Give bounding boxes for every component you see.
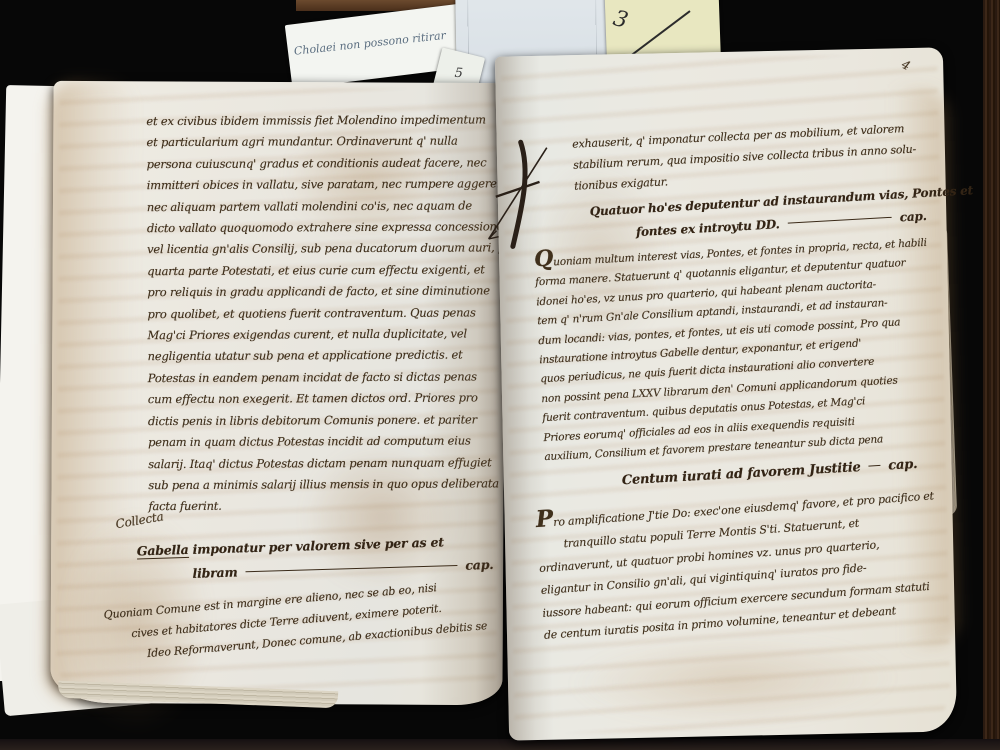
- text-line: Ideo Reformaverunt, Donec comune, ab exa…: [146, 614, 505, 664]
- heading-line: Centum iurati ad favorem Justitie cap.: [621, 457, 917, 488]
- stain-bottom: [567, 632, 899, 729]
- wood-table-right-strip: [983, 0, 1000, 750]
- left-page-paragraph-1: et ex civibus ibidem immissis fiet Molen…: [146, 109, 500, 518]
- ink-mark-numeral: 3: [610, 6, 630, 34]
- chapter-cap-label: cap.: [899, 205, 927, 229]
- text-line: salarij. Itaq' dictus Potestas dictam pe…: [148, 452, 500, 475]
- manuscript-page-left: et ex civibus ibidem immissis fiet Molen…: [50, 81, 505, 705]
- rule-line: [245, 565, 457, 572]
- wood-table-bottom-strip: [0, 739, 1000, 750]
- heading-line-1: Gabella imponatur per valorem sive per a…: [137, 529, 494, 564]
- text-line: penam in quam dictus Potestas incidit ad…: [148, 430, 500, 453]
- right-page-paragraph-2: Quoniam multum interest vias, Pontes, et…: [534, 231, 949, 467]
- text-line: Mag'ci Priores exigendas curent, et null…: [147, 323, 499, 346]
- text-line: Quoniam Comune est in margine ere alieno…: [103, 572, 501, 626]
- text-line: quarta parte Potestati, et eius curie cu…: [147, 259, 499, 282]
- text-line: dicto vallato quoquomodo extrahere sine …: [147, 216, 499, 239]
- margin-cross-mark-icon: [481, 133, 561, 255]
- manuscript-photo: Cholaei non possono ritirar 3 5 et ex ci…: [0, 0, 1000, 750]
- water-stain-left-margin: [44, 81, 137, 703]
- text-line: pro reliquis in gradu applicandi de fact…: [147, 281, 499, 304]
- heading-word-libram: libram: [192, 561, 238, 586]
- margin-note-collecta: Collecta: [114, 509, 164, 531]
- text-line: Potestas in eandem penam incidat de fact…: [148, 366, 500, 389]
- text-line: dictis penis in libris debitorum Comunis…: [148, 409, 500, 432]
- text-line: cum effectu non exegerit. Et tamen dicto…: [148, 388, 500, 411]
- pencil-note-text: Cholaei non possono ritirar: [293, 27, 463, 58]
- right-page-paragraph-3: Pro amplificatione J'tie Do: exec'one ei…: [535, 483, 955, 647]
- text-line: sub pena a minimis salarij illius mensis…: [148, 473, 500, 496]
- folio-number: 4: [899, 57, 912, 73]
- text-line: et particularium agri mundantur. Ordinav…: [146, 131, 498, 154]
- heading-underlined-word: Gabella: [137, 542, 189, 560]
- text-line: vel licentia gn'alis Consilij, sub pena …: [147, 238, 499, 261]
- stain-top: [283, 112, 454, 243]
- tab-mark: 5: [454, 66, 463, 82]
- text-line: persona cuiuscunq' gradus et conditionis…: [147, 152, 499, 175]
- heading-text: Centum iurati ad favorem Justitie: [621, 460, 861, 488]
- right-page-chapter-heading-2: Centum iurati ad favorem Justitie cap.: [621, 457, 917, 488]
- chapter-cap-label: cap.: [888, 457, 918, 474]
- heading-rest: imponatur per valorem sive per as et: [188, 534, 444, 557]
- text-line: nec aliquam partem vallati molendini co'…: [147, 195, 499, 218]
- text-line: negligentia utatur sub pena et applicati…: [148, 345, 500, 368]
- stain-center: [301, 442, 462, 593]
- text-line: facta fuerint.: [148, 495, 500, 518]
- heading-line-2: libram cap.: [192, 553, 494, 586]
- rule-line: [787, 217, 891, 224]
- manuscript-page-right: 4 exhauserit, q' imponatur collecta per …: [495, 47, 957, 740]
- ink-showthrough: [56, 87, 499, 699]
- text-line: pro quolibet, et quotiens fuerit contrav…: [147, 302, 499, 325]
- text-line: et ex civibus ibidem immissis fiet Molen…: [146, 109, 498, 132]
- rule-line: [869, 465, 881, 467]
- left-page-chapter-heading: Gabella imponatur per valorem sive per a…: [137, 529, 494, 588]
- text-line: immitteri obices in vallatu, sive parata…: [147, 174, 499, 197]
- text-line: cives et habitatores dicte Terre adiuven…: [131, 593, 503, 644]
- left-page-paragraph-2: Quoniam Comune est in margine ere alieno…: [103, 572, 505, 667]
- chapter-cap-label: cap.: [465, 553, 494, 578]
